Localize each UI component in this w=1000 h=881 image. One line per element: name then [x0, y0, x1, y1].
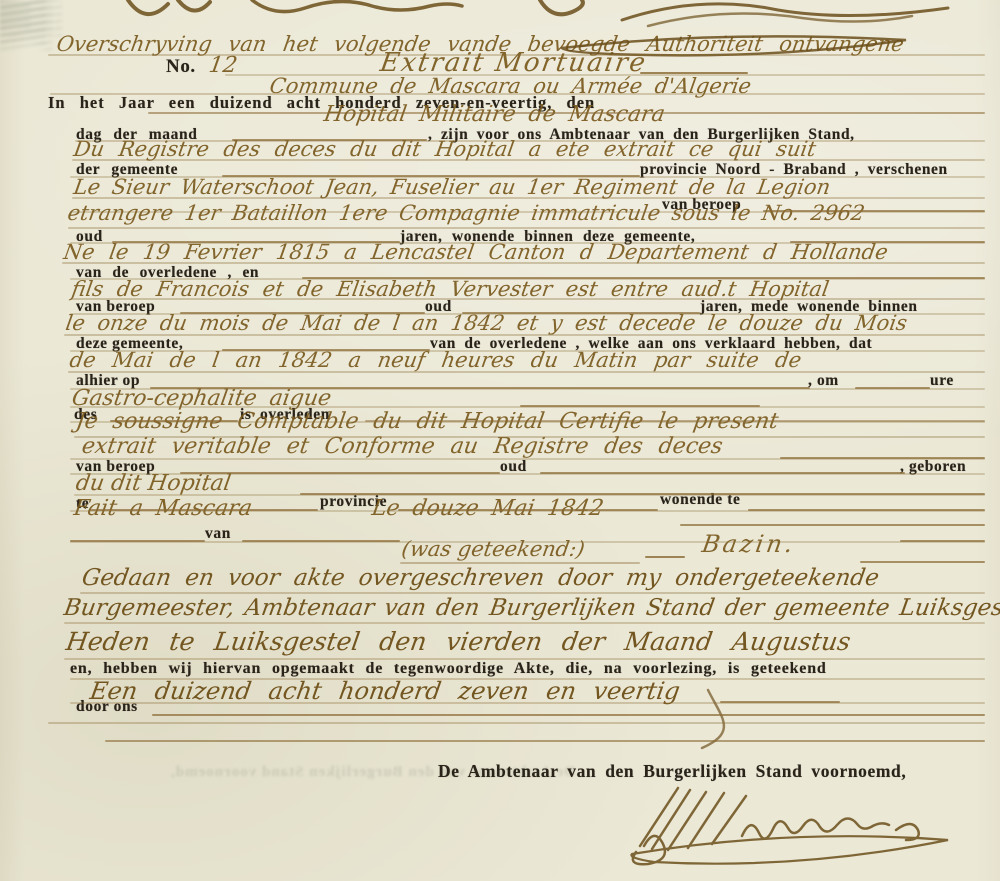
ruled-line — [105, 740, 985, 742]
ruled-line — [720, 701, 840, 703]
form-age-label-3: oud — [500, 458, 527, 476]
ruled-line — [242, 540, 400, 542]
hw-certify-line-2: extrait veritable et Conforme au Registr… — [80, 434, 724, 459]
hw-death-date-line: de Mai de l an 1842 a neuf heures du Mat… — [68, 348, 803, 372]
ruled-line — [152, 714, 985, 716]
hw-admission-line: le onze du mois de Mai de l an 1842 et y… — [64, 311, 909, 335]
hw-signature-bazin: Bazin. — [700, 530, 798, 558]
form-no-label: No. — [166, 56, 196, 78]
ruled-line — [70, 540, 205, 542]
form-om: , om — [808, 372, 839, 390]
ruled-line — [400, 562, 640, 564]
death-certificate-scan: De Ambtenaar van den Burgerlijken Stand … — [0, 0, 1000, 881]
ruled-line — [645, 556, 685, 558]
hw-year-words-line: Een duizend acht honderd zeven en veerti… — [88, 677, 682, 705]
form-wonende-te: wonende te — [660, 491, 740, 509]
bleed-through-mark — [0, 0, 62, 36]
hw-certify-line-1: Je soussigne Comptable du dit Hopital Ce… — [74, 409, 780, 434]
ruled-line — [300, 493, 985, 495]
hw-regiment-line: etrangere 1er Bataillon 1ere Compagnie i… — [66, 201, 867, 225]
hw-hospital-line: Hopital Militaire de Mascara — [322, 102, 667, 127]
footer-official-line: De Ambtenaar van den Burgerlijken Stand … — [438, 761, 906, 782]
ruled-line — [855, 387, 930, 389]
ruled-line — [900, 540, 985, 542]
hw-heden-line: Heden te Luiksgestel den vierden der Maa… — [64, 627, 853, 656]
form-van: van — [205, 525, 231, 543]
hw-du-dit-hopital: du dit Hopital — [74, 471, 233, 496]
ruled-line — [64, 622, 985, 624]
hw-parents-line: fils de Francois et de Elisabeth Vervest… — [70, 277, 831, 301]
bleed-through-mark — [0, 0, 30, 28]
ruled-line — [860, 561, 985, 563]
ruled-line — [748, 509, 985, 511]
hw-birth-line: Ne le 19 Fevrier 1815 a Lencastel Canton… — [62, 240, 890, 264]
bleed-through-mark — [0, 0, 52, 50]
hw-register-line: Du Registre des deces du dit Hopital a e… — [72, 137, 818, 161]
hw-date-line: Le douze Mai 1842 — [370, 496, 605, 521]
bleed-through-mark — [0, 0, 46, 44]
hw-cause-of-death: Gastro-cephalite aigue — [70, 386, 333, 411]
hw-gedaan-line: Gedaan en voor akte overgeschreven door … — [80, 565, 881, 591]
form-deed-line: en, hebben wij hiervan opgemaakt de tege… — [70, 660, 827, 678]
hw-burgemeester-line: Burgemeester, Ambtenaar van den Burgerli… — [62, 595, 1000, 621]
hw-was-signed: (was geteekend:) — [400, 537, 587, 561]
ruled-line — [520, 405, 760, 407]
hw-act-number: 12 — [207, 53, 239, 78]
hw-commune-line: Commune de Mascara ou Armée d'Algerie — [268, 74, 753, 98]
ruled-line — [540, 472, 905, 474]
hw-deceased-name: Le Sieur Waterschoot Jean, Fuselier au 1… — [72, 175, 832, 199]
ruled-line — [80, 592, 985, 594]
form-geboren: , geboren — [900, 458, 966, 476]
ruled-line — [680, 524, 985, 526]
form-ure: ure — [930, 372, 954, 390]
hw-fait-a-mascara: Fait a Mascara — [72, 496, 254, 521]
ruled-line — [48, 722, 985, 724]
